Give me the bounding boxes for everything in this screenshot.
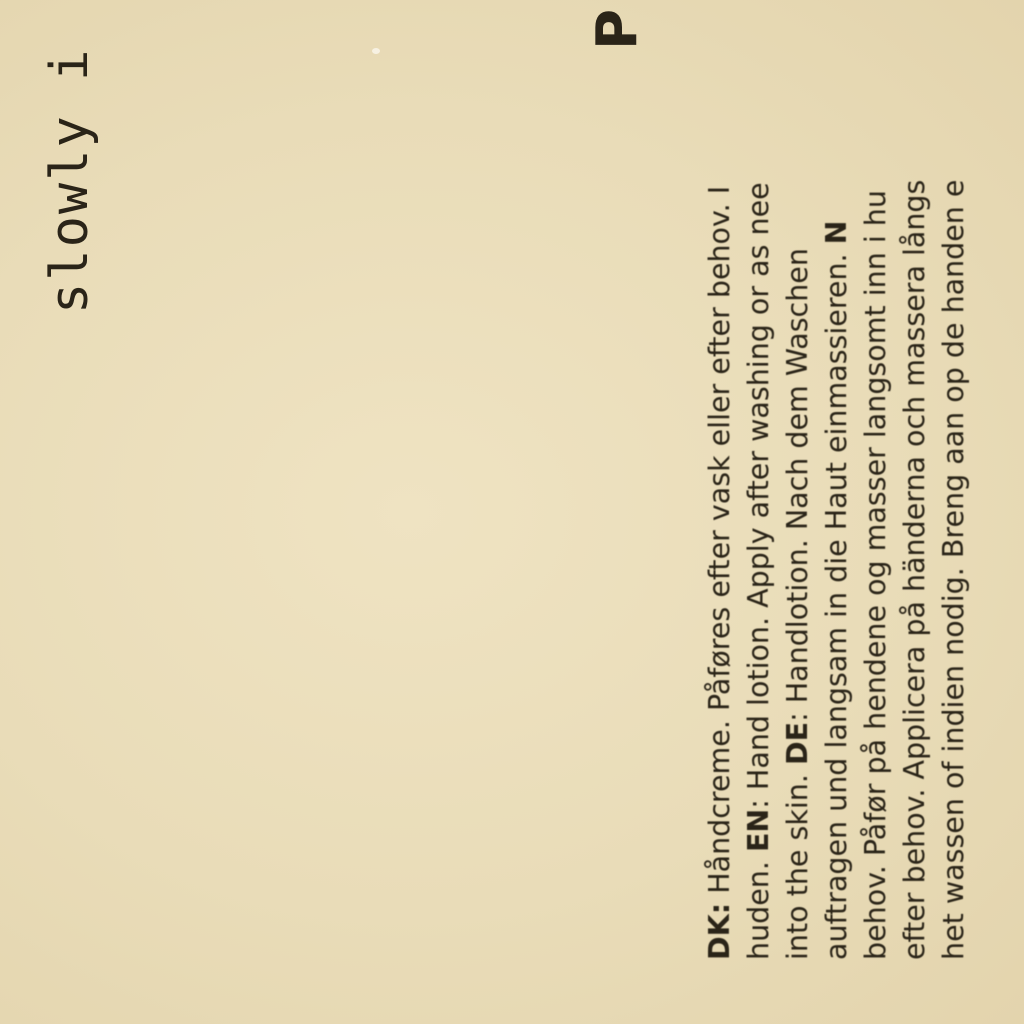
line-de: into the skin. DE: Handlotion. Nach dem … xyxy=(778,180,817,960)
line-se: efter behov. Applicera på händerna och m… xyxy=(895,180,934,960)
line-de-2: auftragen und langsam in die Haut einmas… xyxy=(817,180,856,960)
tagline-text: slowly i xyxy=(40,48,100,314)
dust-speck xyxy=(372,48,380,54)
line-no: behov. Påfør på hendene og masser langso… xyxy=(856,180,895,960)
line-nl: het wassen of indien nodig. Breng aan op… xyxy=(934,180,973,960)
line-en: huden. EN: Hand lotion. Apply after wash… xyxy=(739,180,778,960)
line-dk: DK: Håndcreme. Påføres efter vask eller … xyxy=(700,180,739,960)
usage-instructions: DK: Håndcreme. Påføres efter vask eller … xyxy=(700,180,973,960)
heading-text: P xyxy=(585,9,650,50)
